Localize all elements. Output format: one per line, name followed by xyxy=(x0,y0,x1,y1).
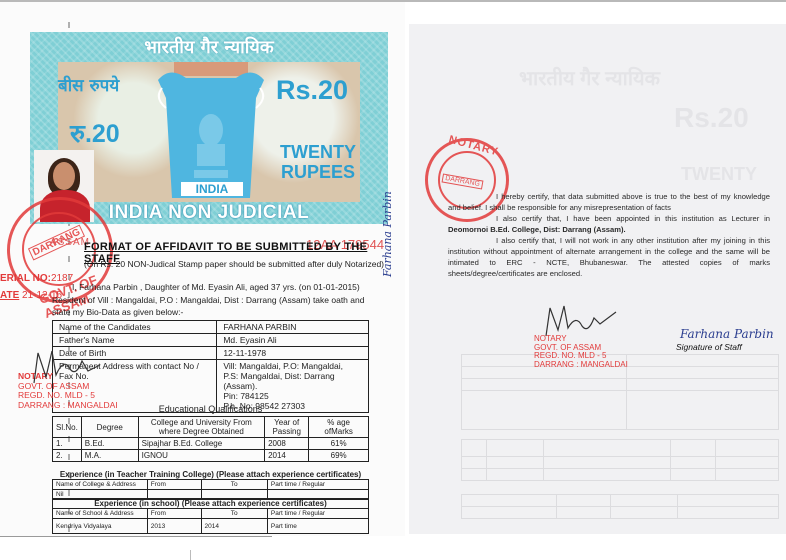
date-stamp: ATE 21-12-15 xyxy=(0,290,62,301)
stamp-value-words: TWENTY RUPEES xyxy=(280,142,356,182)
notary-stamp-right: NOTARY GOVT. OF ASSAM REGD. NO. MLD - 5 … xyxy=(534,335,628,369)
page-edge xyxy=(0,536,272,537)
experience-school-table: Experience (in school) (Please attach ex… xyxy=(52,498,369,534)
table-header-row: Name of School & AddressFromToPart time … xyxy=(53,509,369,519)
show-through-edu-table xyxy=(461,439,779,481)
table-row: Name of the CandidatesFARHANA PARBIN xyxy=(53,321,369,334)
table-row: 1.B.Ed.Sipajhar B.Ed. College200861% xyxy=(53,438,369,450)
education-title: Educational Qualifications xyxy=(52,404,369,414)
show-through-exp-table xyxy=(461,494,779,519)
table-header-row: Sl.No. Degree College and University Fro… xyxy=(53,417,369,438)
stamp-hindi-rs: रु.20 xyxy=(70,116,120,150)
stamp-hindi-value: बीस रुपये xyxy=(58,73,119,96)
affidavit-page-2: भारतीय गैर न्यायिक Rs.20 TWENTY xyxy=(409,24,786,534)
education-table: Sl.No. Degree College and University Fro… xyxy=(52,416,369,462)
staff-signature: Farhana Parbin xyxy=(680,327,774,341)
affidavit-body: I, Farhana Parbin , Daughter of Md. Eyas… xyxy=(52,281,377,319)
margin-signature: Farhana Parbin xyxy=(381,191,394,277)
experience-college-table: Experience (in Teacher Training College)… xyxy=(52,470,369,500)
table-header-row: Name of College & AddressFromToPart time… xyxy=(53,480,369,490)
page-edge-line xyxy=(190,550,191,560)
stamp-india-label: INDIA xyxy=(181,182,243,196)
show-through-value: Rs.20 xyxy=(674,102,749,134)
affidavit-page-1: भारतीय गैर न्यायिक बीस रुपये रु.20 INDIA… xyxy=(0,2,405,536)
certification-para-3: I also certify that, I will not work in … xyxy=(448,235,770,279)
affidavit-note: (On Rs. 20 NON-Judical Stamp paper shoul… xyxy=(84,259,384,269)
table-row: Kendriya Vidyalaya20132014Part time xyxy=(53,519,369,534)
table-row: Father's NameMd. Eyasin Ali xyxy=(53,334,369,347)
show-through-title: भारतीय गैर न्यायिक xyxy=(519,64,660,91)
stamp-value: Rs.20 xyxy=(276,75,348,106)
serial-stamp: ERIAL NO:2187 xyxy=(0,273,73,284)
table-row: 2.M.A.IGNOU201469% xyxy=(53,450,369,462)
certification-para-2: I also certify that, I have been appoint… xyxy=(448,213,770,235)
notary-signature-left xyxy=(30,347,110,387)
stamp-word-1: TWENTY xyxy=(280,142,356,162)
stamp-word-2: RUPEES xyxy=(280,162,356,182)
certification-text: I hereby certify, that data submitted ab… xyxy=(448,191,770,279)
show-through-words: TWENTY xyxy=(681,164,757,185)
stamp-hindi-title: भारतीय गैर न्यायिक xyxy=(30,35,388,59)
certification-para-1: I hereby certify, that data submitted ab… xyxy=(448,191,770,213)
staff-signature-label: Signature of Staff xyxy=(676,342,742,352)
